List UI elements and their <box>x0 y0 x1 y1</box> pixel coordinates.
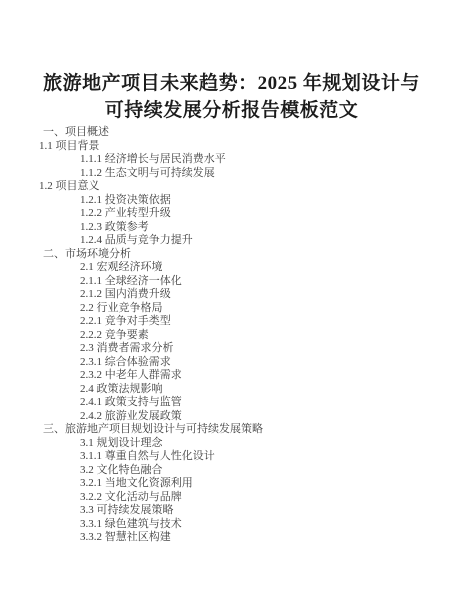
toc-item: 2.2 行业竞争格局 <box>0 302 463 316</box>
toc-item: 2.1.2 国内消费升级 <box>0 288 463 302</box>
toc-item: 3.3.1 绿色建筑与技术 <box>0 518 463 532</box>
document-title: 旅游地产项目未来趋势：2025 年规划设计与 可持续发展分析报告模板范文 <box>0 0 463 124</box>
toc-item: 3.1.1 尊重自然与人性化设计 <box>0 450 463 464</box>
toc-item: 2.3.2 中老年人群需求 <box>0 369 463 383</box>
toc-item: 3.3.2 智慧社区构建 <box>0 531 463 545</box>
toc-item: 3.2.1 当地文化资源利用 <box>0 477 463 491</box>
toc-item: 3.1 规划设计理念 <box>0 437 463 451</box>
toc-item: 2.3 消费者需求分析 <box>0 342 463 356</box>
toc-item: 1.2.2 产业转型升级 <box>0 207 463 221</box>
toc-item: 1.2.3 政策参考 <box>0 221 463 235</box>
table-of-contents: 一、项目概述1.1 项目背景1.1.1 经济增长与居民消费水平1.1.2 生态文… <box>0 126 463 545</box>
toc-item: 2.4.1 政策支持与监管 <box>0 396 463 410</box>
toc-item: 1.1.2 生态文明与可持续发展 <box>0 167 463 181</box>
toc-item: 1.1 项目背景 <box>0 140 463 154</box>
toc-item: 1.2 项目意义 <box>0 180 463 194</box>
toc-item: 一、项目概述 <box>0 126 463 140</box>
toc-item: 2.1.1 全球经济一体化 <box>0 275 463 289</box>
toc-item: 二、市场环境分析 <box>0 248 463 262</box>
toc-item: 2.1 宏观经济环境 <box>0 261 463 275</box>
toc-item: 2.2.2 竞争要素 <box>0 329 463 343</box>
toc-item: 1.1.1 经济增长与居民消费水平 <box>0 153 463 167</box>
toc-item: 3.3 可持续发展策略 <box>0 504 463 518</box>
toc-item: 1.2.1 投资决策依据 <box>0 194 463 208</box>
toc-item: 1.2.4 品质与竞争力提升 <box>0 234 463 248</box>
toc-item: 三、旅游地产项目规划设计与可持续发展策略 <box>0 423 463 437</box>
document-page: 旅游地产项目未来趋势：2025 年规划设计与 可持续发展分析报告模板范文 一、项… <box>0 0 463 600</box>
toc-item: 2.3.1 综合体验需求 <box>0 356 463 370</box>
toc-item: 3.2.2 文化活动与品牌 <box>0 491 463 505</box>
toc-item: 3.2 文化特色融合 <box>0 464 463 478</box>
document-title-line-2: 可持续发展分析报告模板范文 <box>0 97 463 124</box>
toc-item: 2.2.1 竞争对手类型 <box>0 315 463 329</box>
toc-item: 2.4.2 旅游业发展政策 <box>0 410 463 424</box>
toc-item: 2.4 政策法规影响 <box>0 383 463 397</box>
document-title-line-1: 旅游地产项目未来趋势：2025 年规划设计与 <box>0 70 463 97</box>
